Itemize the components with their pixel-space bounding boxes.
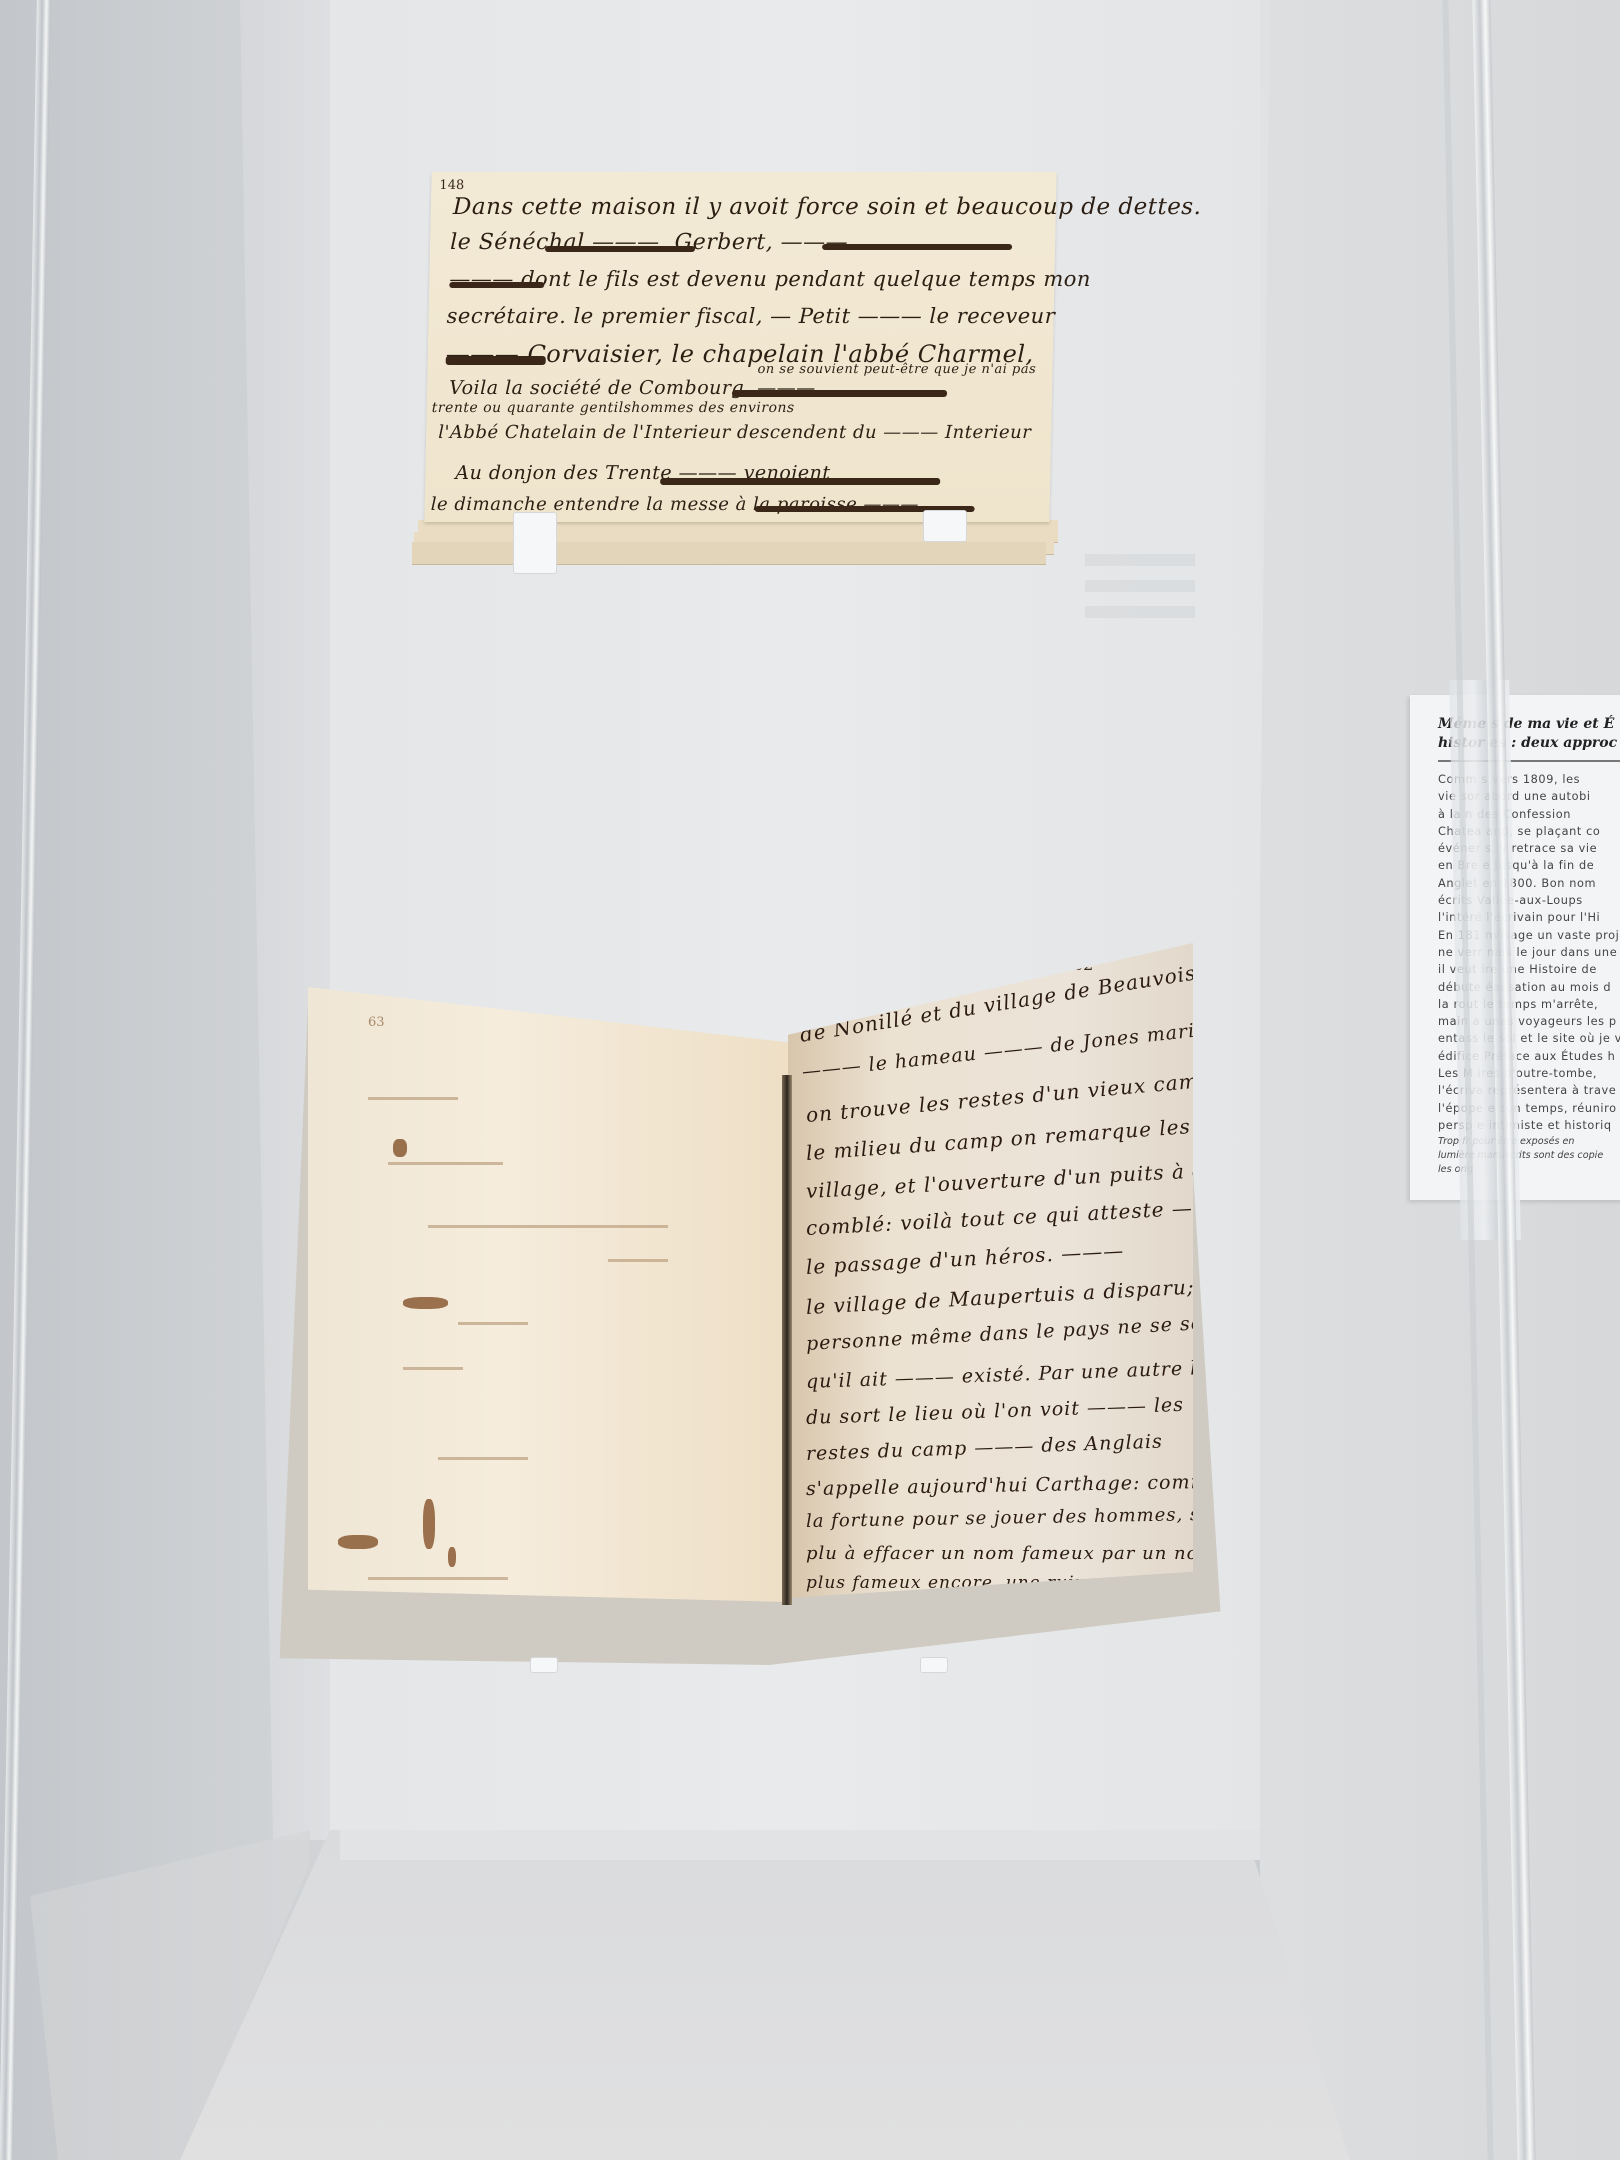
card-stack-edge bbox=[412, 542, 1046, 565]
mounting-clip bbox=[923, 510, 967, 542]
notebook-line: du sort le lieu où l'on voit ——— les bbox=[806, 1394, 1185, 1429]
notebook-line: le village de Maupertuis a disparu; bbox=[805, 1275, 1195, 1319]
faded-ink-line bbox=[438, 1457, 528, 1460]
notebook-line: s'appelle aujourd'hui Carthage: comment bbox=[806, 1470, 1244, 1500]
mounting-clip bbox=[513, 512, 557, 574]
mounting-clip bbox=[920, 1657, 948, 1673]
crossed-out-word bbox=[732, 390, 947, 397]
crossed-out-word bbox=[660, 478, 940, 485]
manuscript-card: 148 Dans cette maison il y avoit force s… bbox=[424, 172, 1056, 522]
ink-stain bbox=[423, 1499, 435, 1549]
faded-ink-line bbox=[608, 1259, 668, 1262]
notebook-line: le passage d'un héros. ——— bbox=[805, 1238, 1124, 1279]
faded-ink-line bbox=[458, 1322, 528, 1325]
card-interlinear-note: on se souvient peut-être que je n'ai pas bbox=[757, 362, 1036, 377]
open-notebook: 63 62 de Nonillé et du village de Beauvo… bbox=[270, 935, 1230, 1675]
card-line: ——— dont le fils est devenu pendant quel… bbox=[449, 267, 1091, 291]
crossed-out-word bbox=[446, 356, 546, 365]
right-page-number: 62 bbox=[1073, 955, 1093, 974]
mounting-clip bbox=[530, 1657, 558, 1673]
left-page-number: 63 bbox=[368, 1015, 385, 1030]
ink-stain bbox=[448, 1547, 456, 1567]
faded-ink-line bbox=[388, 1162, 503, 1165]
ink-stain bbox=[393, 1139, 407, 1157]
card-page-number: 148 bbox=[439, 178, 464, 193]
glass-reflection bbox=[1085, 540, 1195, 650]
notebook-line: plu à effacer un nom fameux par un nom bbox=[806, 1543, 1217, 1564]
notebook-right-page: 62 de Nonillé et du village de Beauvois … bbox=[788, 943, 1193, 1598]
plinth-top-edge bbox=[340, 1830, 1260, 1860]
notebook-line: la fortune pour se jouer des hommes, s'é… bbox=[806, 1503, 1253, 1532]
card-line: Dans cette maison il y avoit force soin … bbox=[453, 194, 1202, 220]
notebook-gutter bbox=[782, 1075, 792, 1605]
notebook-line: comblé: voilà tout ce qui atteste ——— bbox=[805, 1194, 1235, 1240]
notebook-left-page: 63 bbox=[308, 987, 788, 1602]
faded-ink-line bbox=[403, 1367, 463, 1370]
faded-ink-line bbox=[368, 1577, 508, 1580]
card-line: l'Abbé Chatelain de l'Interieur descende… bbox=[438, 422, 1032, 443]
faded-ink-line bbox=[368, 1097, 458, 1100]
crossed-out-word bbox=[449, 282, 544, 288]
crossed-out-word bbox=[822, 244, 1012, 250]
card-line: trente ou quarante gentilshommes des env… bbox=[432, 400, 795, 416]
crossed-out-word bbox=[545, 246, 695, 252]
manuscript-card-stack: 148 Dans cette maison il y avoit force s… bbox=[418, 172, 1058, 560]
notebook-line: restes du camp ——— des Anglais bbox=[806, 1431, 1164, 1465]
card-line: secrétaire. le premier fiscal, — Petit —… bbox=[446, 304, 1055, 328]
ink-stain bbox=[338, 1535, 378, 1549]
faded-ink-line bbox=[428, 1225, 668, 1228]
notebook-line: qu'il ait ——— existé. Par une autre biza… bbox=[806, 1354, 1296, 1393]
ink-stain bbox=[403, 1297, 448, 1309]
